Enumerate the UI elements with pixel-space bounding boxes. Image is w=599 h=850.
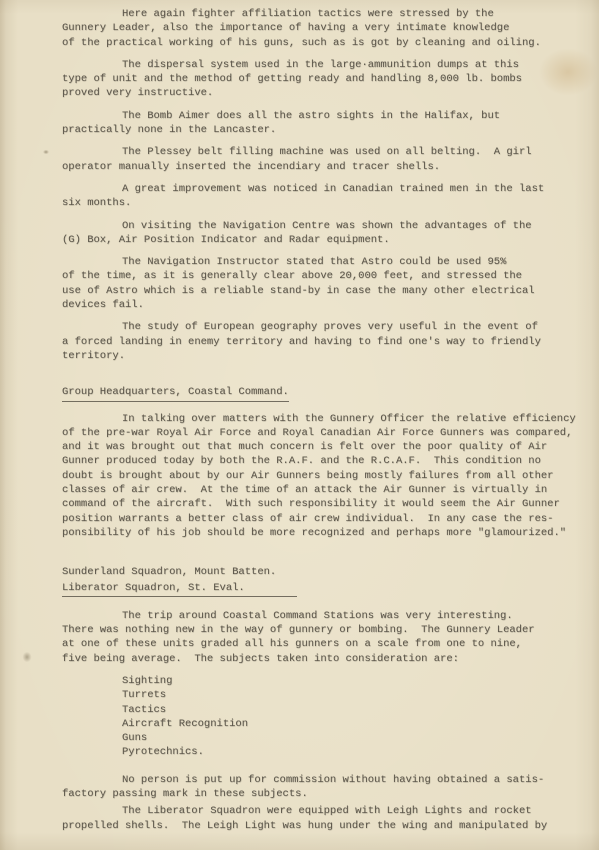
section-heading-text: Sunderland Squadron, Mount Batten. <box>62 566 276 578</box>
section-squadrons: Sunderland Squadron, Mount Batten. Liber… <box>62 565 569 833</box>
section-heading-text: Group Headquarters, Coastal Command. <box>62 385 289 401</box>
paragraph: The study of European geography proves v… <box>62 320 569 363</box>
paragraph: The dispersal system used in the large·a… <box>62 58 569 101</box>
paragraph: The Liberator Squadron were equipped wit… <box>62 804 569 833</box>
document-page: Here again fighter affiliation tactics w… <box>0 0 599 850</box>
section-heading-text: Liberator Squadron, St. Eval. <box>62 581 297 597</box>
section-heading: Liberator Squadron, St. Eval. <box>62 581 569 597</box>
paragraph: The trip around Coastal Command Stations… <box>62 609 569 666</box>
paragraph: Here again fighter affiliation tactics w… <box>62 7 569 50</box>
paragraph: A great improvement was noticed in Canad… <box>62 182 569 211</box>
section-heading: Sunderland Squadron, Mount Batten. <box>62 565 569 579</box>
subject-list: Sighting Turrets Tactics Aircraft Recogn… <box>122 674 569 760</box>
paragraph: The Bomb Aimer does all the astro sights… <box>62 109 569 138</box>
section-group-headquarters: Group Headquarters, Coastal Command. In … <box>62 385 569 540</box>
paragraph: No person is put up for commission witho… <box>62 773 569 802</box>
paragraph: On visiting the Navigation Centre was sh… <box>62 219 569 248</box>
paragraph: In talking over matters with the Gunnery… <box>62 412 569 541</box>
section-fighter-affiliation-notes: Here again fighter affiliation tactics w… <box>62 7 569 363</box>
paragraph: The Navigation Instructor stated that As… <box>62 255 569 312</box>
paragraph: The Plessey belt filling machine was use… <box>62 145 569 174</box>
section-heading: Group Headquarters, Coastal Command. <box>62 385 569 401</box>
